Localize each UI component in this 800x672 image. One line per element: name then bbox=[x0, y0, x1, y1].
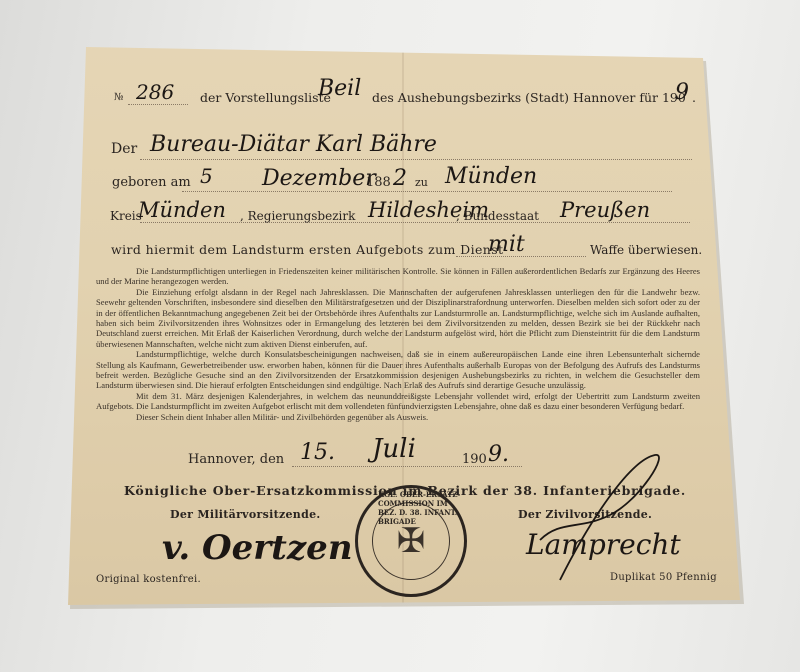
paragraph-1: Die Landsturmpflichtigen unterliegen in … bbox=[96, 266, 700, 287]
header-text-2: des Aushebungsbezirks (Stadt) Hannover f… bbox=[372, 90, 686, 105]
paragraph-2: Die Einziehung erfolgt alsdann in der Re… bbox=[96, 287, 700, 349]
birth-field-line bbox=[182, 191, 672, 192]
birth-day-handwritten: 5 bbox=[200, 164, 213, 188]
occupation-name-handwritten: Bureau-Diätar Karl Bähre bbox=[150, 132, 437, 157]
assignment-end: Waffe überwiesen. bbox=[590, 243, 702, 257]
number-value: 286 bbox=[136, 80, 174, 104]
paragraph-3: Landsturmpflichtige, welche durch Konsul… bbox=[96, 349, 700, 391]
regbez-label: , Regierungsbezirk bbox=[240, 209, 355, 223]
weapon-handwritten: mit bbox=[488, 232, 525, 257]
list-handwritten: Beil bbox=[318, 76, 361, 101]
date-year-prefix: 190 bbox=[462, 452, 487, 467]
bundesstaat-handwritten: Preußen bbox=[560, 198, 650, 222]
born-label: geboren am bbox=[112, 175, 191, 190]
official-seal-stamp: ✠ KGL. OBER-ERSATZ-COMMISSION IM BEZ. D.… bbox=[355, 485, 467, 597]
birth-year-prefix: 188 bbox=[366, 175, 391, 190]
footer-original-note: Original kostenfrei. bbox=[96, 574, 201, 585]
assignment-text: wird hiermit dem Landsturm ersten Aufgeb… bbox=[111, 242, 503, 257]
birth-place-handwritten: Münden bbox=[445, 164, 537, 189]
military-signature: v. Oertzen bbox=[162, 528, 353, 568]
footer-duplicate-note: Duplikat 50 Pfennig bbox=[610, 572, 717, 583]
stamp-text: KGL. OBER-ERSATZ-COMMISSION IM BEZ. D. 3… bbox=[378, 490, 464, 526]
regulations-text: Die Landsturmpflichtigen unterliegen in … bbox=[96, 266, 700, 422]
district-field-line bbox=[140, 222, 690, 223]
header-year-suffix: . bbox=[692, 90, 696, 105]
header-text-1: der Vorstellungsliste bbox=[200, 90, 331, 105]
name-field-line bbox=[140, 159, 692, 160]
paragraph-5: Dieser Schein dient Inhaber allen Militä… bbox=[96, 412, 700, 422]
date-day-handwritten: 15. bbox=[300, 440, 335, 465]
date-month-handwritten: Juli bbox=[372, 434, 416, 464]
number-label: № bbox=[114, 92, 123, 103]
kreis-handwritten: Münden bbox=[138, 198, 226, 222]
year-digit-handwritten: 9 bbox=[675, 80, 689, 105]
military-chair-label: Der Militärvorsitzende. bbox=[170, 508, 321, 521]
date-place: Hannover, den bbox=[188, 452, 284, 467]
birth-year-digit-handwritten: 2 bbox=[393, 166, 407, 191]
der-label: Der bbox=[111, 141, 137, 157]
signature-flourish bbox=[520, 440, 670, 590]
zu-label: zu bbox=[415, 176, 428, 189]
birth-month-handwritten: Dezember bbox=[262, 166, 376, 191]
paragraph-4: Mit dem 31. März desjenigen Kalenderjahr… bbox=[96, 391, 700, 412]
bundesstaat-label: , Bundesstaat bbox=[456, 209, 539, 223]
date-year-digit-handwritten: 9. bbox=[488, 442, 509, 467]
number-field-line bbox=[128, 104, 188, 105]
document-paper: № 286 der Vorstellungsliste Beil des Aus… bbox=[0, 0, 800, 672]
